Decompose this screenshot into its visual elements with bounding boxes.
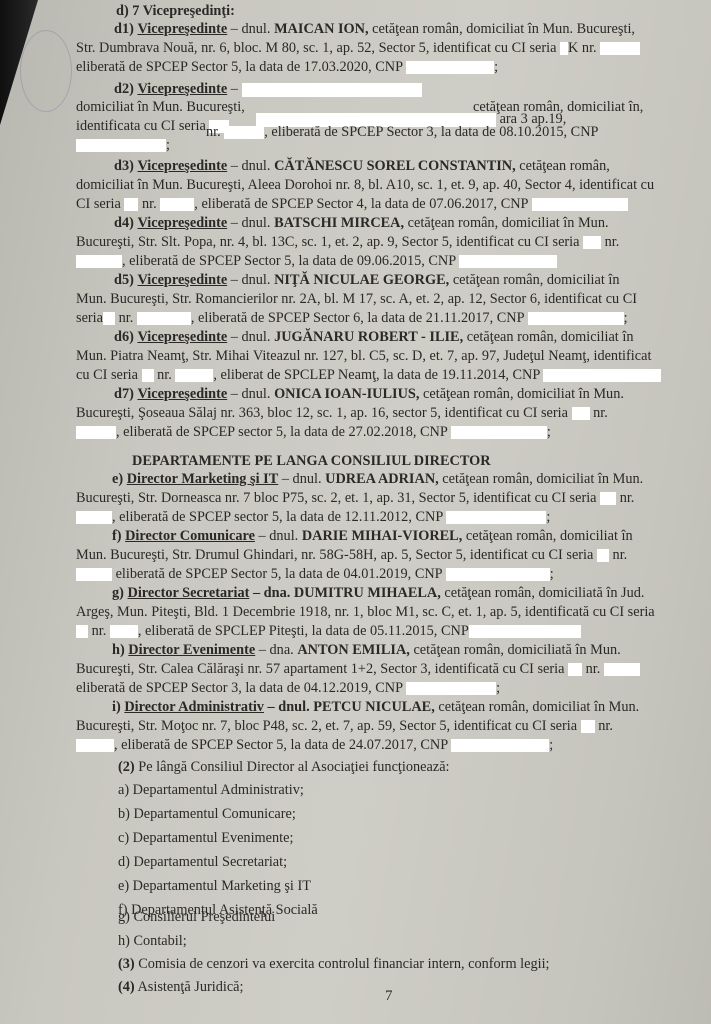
redaction (406, 61, 494, 74)
list-item: a) Departamentul Administrativ; (118, 781, 304, 801)
page-number: 7 (385, 988, 393, 1005)
redaction (568, 663, 582, 676)
redaction (459, 255, 557, 268)
role-label: Director Secretariat (128, 585, 250, 601)
redaction (560, 42, 568, 55)
section-4: (4) Asistenţă Juridică; (118, 978, 243, 998)
person-name: UDREA ADRIAN, (325, 471, 439, 487)
redaction (469, 625, 581, 638)
entry-d4: d4) Vicepreşedinte – dnul. BATSCHI MIRCE… (114, 214, 609, 234)
person-name: ONICA IOAN-IULIUS, (274, 386, 419, 402)
redaction (224, 126, 264, 139)
list-item: e) Departamentul Marketing şi IT (118, 877, 311, 897)
redaction (137, 312, 191, 325)
redaction (76, 255, 122, 268)
redaction (76, 625, 88, 638)
person-name: PETCU NICULAE, (313, 699, 435, 715)
list-item: b) Departamentul Comunicare; (118, 805, 296, 825)
redaction (76, 511, 112, 524)
list-item: c) Departamentul Evenimente; (118, 829, 293, 849)
redaction (124, 198, 138, 211)
person-name: BATSCHI MIRCEA, (274, 215, 404, 231)
entry-f: f) Director Comunicare – dnul. DARIE MIH… (112, 527, 633, 547)
role-label: Vicepreşedinte (137, 386, 227, 402)
redaction (76, 568, 112, 581)
person-name: CĂTĂNESCU SOREL CONSTANTIN, (274, 158, 516, 174)
entry-d7: d7) Vicepreşedinte – dnul. ONICA IOAN-IU… (114, 385, 624, 405)
redaction (446, 511, 546, 524)
list-item: d) Departamentul Secretariat; (118, 853, 287, 873)
entry-d3: d3) Vicepreşedinte – dnul. CĂTĂNESCU SOR… (114, 157, 610, 177)
redaction (76, 426, 116, 439)
section-heading: d) 7 Vicepreşedinţi: (116, 2, 235, 22)
role-label: Vicepreşedinte (137, 158, 227, 174)
role-label: Director Administrativ (124, 699, 264, 715)
role-label: Vicepreşedinte (137, 215, 227, 231)
redaction (532, 198, 628, 211)
list-item-g: g) Consilierul Preşedintelui (118, 908, 275, 928)
entry-d1: d1) Vicepreşedinte – dnul. MAICAN ION, c… (114, 20, 635, 40)
stamp-mark (20, 30, 72, 112)
departments-heading: DEPARTAMENTE PE LANGA CONSILIUL DIRECTOR (132, 452, 491, 472)
entry-d6: d6) Vicepreşedinte – dnul. JUGĂNARU ROBE… (114, 328, 633, 348)
entry-g: g) Director Secretariat – dna. DUMITRU M… (112, 584, 645, 604)
redaction (583, 236, 601, 249)
person-name: ANTON EMILIA, (297, 642, 410, 658)
entry-i: i) Director Administrativ – dnul. PETCU … (112, 698, 639, 718)
redaction (175, 369, 213, 382)
role-label: Vicepreşedinte (137, 21, 227, 37)
role-label: Vicepreşedinte (137, 81, 227, 97)
redaction (572, 407, 590, 420)
role-label: Vicepreşedinte (137, 272, 227, 288)
role-label: Director Comunicare (125, 528, 255, 544)
redaction (103, 312, 115, 325)
entry-h: h) Director Evenimente – dna. ANTON EMIL… (112, 641, 621, 661)
redaction (406, 682, 496, 695)
redaction (451, 739, 549, 752)
person-name: NIŢĂ NICULAE GEORGE, (274, 272, 449, 288)
redaction (142, 369, 154, 382)
redaction (451, 426, 547, 439)
section-3: (3) Comisia de cenzori va exercita contr… (118, 955, 550, 975)
entry-d5: d5) Vicepreşedinte – dnul. NIŢĂ NICULAE … (114, 271, 620, 291)
person-name: DUMITRU MIHAELA, (294, 585, 441, 601)
role-label: Director Marketing şi IT (127, 471, 279, 487)
redaction (600, 492, 616, 505)
redaction (76, 739, 114, 752)
person-name: DARIE MIHAI-VIOREL, (302, 528, 462, 544)
person-name: MAICAN ION, (274, 21, 369, 37)
section-2: (2) Pe lângă Consiliul Director al Asoci… (118, 758, 450, 778)
list-item: h) Contabil; (118, 932, 187, 952)
redaction (528, 312, 624, 325)
entry-d2: d2) Vicepreşedinte – (114, 80, 422, 100)
entry-e: e) Director Marketing şi IT – dnul. UDRE… (112, 470, 643, 490)
redaction (110, 625, 138, 638)
redaction (581, 720, 595, 733)
redaction (600, 42, 640, 55)
person-name: JUGĂNARU ROBERT - ILIE, (274, 329, 463, 345)
redaction (76, 139, 166, 152)
role-label: Director Evenimente (128, 642, 255, 658)
redaction (604, 663, 640, 676)
redaction (242, 83, 422, 97)
redaction (543, 369, 661, 382)
redaction (160, 198, 194, 211)
redaction (597, 549, 609, 562)
role-label: Vicepreşedinte (137, 329, 227, 345)
redaction (446, 568, 550, 581)
